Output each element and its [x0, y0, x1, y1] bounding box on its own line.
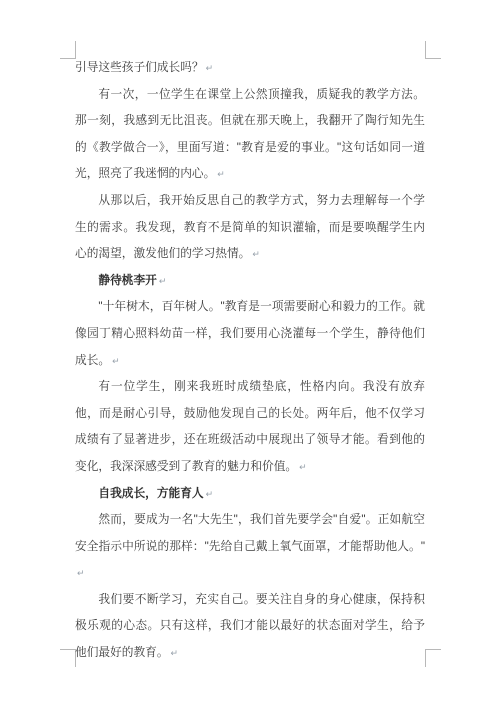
- body-paragraph[interactable]: 然而，要成为一名"大先生"，我们首先要学会"自爱"。正如航空安全指示中所说的那样…: [75, 507, 425, 587]
- paragraph-mark-icon: ↵: [217, 169, 225, 179]
- paragraph-mark-icon: ↵: [299, 462, 307, 472]
- paragraph-mark-icon: ↵: [171, 648, 179, 658]
- paragraph-mark-icon: ↵: [112, 356, 120, 366]
- paragraph-text: 然而，要成为一名"大先生"，我们首先要学会"自爱"。正如航空安全指示中所说的那样…: [75, 513, 425, 553]
- heading-paragraph[interactable]: 静待桃李开↵: [75, 268, 425, 295]
- document-page: 引导这些孩子们成长吗？↵有一次，一位学生在课堂上公然顶撞我，质疑我的教学方法。那…: [0, 0, 500, 708]
- paragraph-mark-icon: ↵: [159, 276, 167, 286]
- document-text-area[interactable]: 引导这些孩子们成长吗？↵有一次，一位学生在课堂上公然顶撞我，质疑我的教学方法。那…: [75, 55, 425, 667]
- body-paragraph[interactable]: 引导这些孩子们成长吗？↵: [75, 55, 425, 82]
- body-paragraph[interactable]: 有一次，一位学生在课堂上公然顶撞我，质疑我的教学方法。那一刻，我感到无比沮丧。但…: [75, 82, 425, 188]
- paragraph-text: 引导这些孩子们成长吗？: [75, 61, 204, 74]
- paragraph-text: "十年树木，百年树人。"教育是一项需要耐心和毅力的工作。就像园丁精心照料幼苗一样…: [75, 300, 425, 366]
- text-boundary-mark-top-right: [425, 41, 441, 59]
- paragraph-mark-icon: ↵: [206, 489, 214, 499]
- paragraph-text: 我们要不断学习，充实自己。要关注自身的身心健康，保持积极乐观的心态。只有这样，我…: [75, 593, 425, 659]
- paragraph-mark-icon: ↵: [252, 249, 260, 259]
- paragraph-mark-icon: ↵: [77, 568, 85, 578]
- paragraph-mark-icon: ↵: [206, 63, 214, 73]
- paragraph-text: 静待桃李开: [98, 274, 156, 287]
- text-boundary-mark-bottom-right: [425, 649, 441, 667]
- paragraph-text: 自我成长，方能育人: [98, 487, 203, 500]
- body-paragraph[interactable]: 有一位学生，刚来我班时成绩垫底，性格内向。我没有放弃他，而是耐心引导，鼓励他发现…: [75, 374, 425, 480]
- body-paragraph[interactable]: "十年树木，百年树人。"教育是一项需要耐心和毅力的工作。就像园丁精心照料幼苗一样…: [75, 294, 425, 374]
- body-paragraph[interactable]: 从那以后，我开始反思自己的教学方式，努力去理解每一个学生的需求。我发现，教育不是…: [75, 188, 425, 268]
- heading-paragraph[interactable]: 自我成长，方能育人↵: [75, 481, 425, 508]
- paragraph-text: 有一次，一位学生在课堂上公然顶撞我，质疑我的教学方法。那一刻，我感到无比沮丧。但…: [75, 88, 425, 181]
- body-paragraph[interactable]: 我们要不断学习，充实自己。要关注自身的身心健康，保持积极乐观的心态。只有这样，我…: [75, 587, 425, 667]
- text-boundary-mark-top-left: [60, 41, 76, 59]
- paragraph-text: 从那以后，我开始反思自己的教学方式，努力去理解每一个学生的需求。我发现，教育不是…: [75, 194, 425, 260]
- text-boundary-mark-bottom-left: [60, 649, 76, 667]
- paragraph-text: 有一位学生，刚来我班时成绩垫底，性格内向。我没有放弃他，而是耐心引导，鼓励他发现…: [75, 380, 425, 473]
